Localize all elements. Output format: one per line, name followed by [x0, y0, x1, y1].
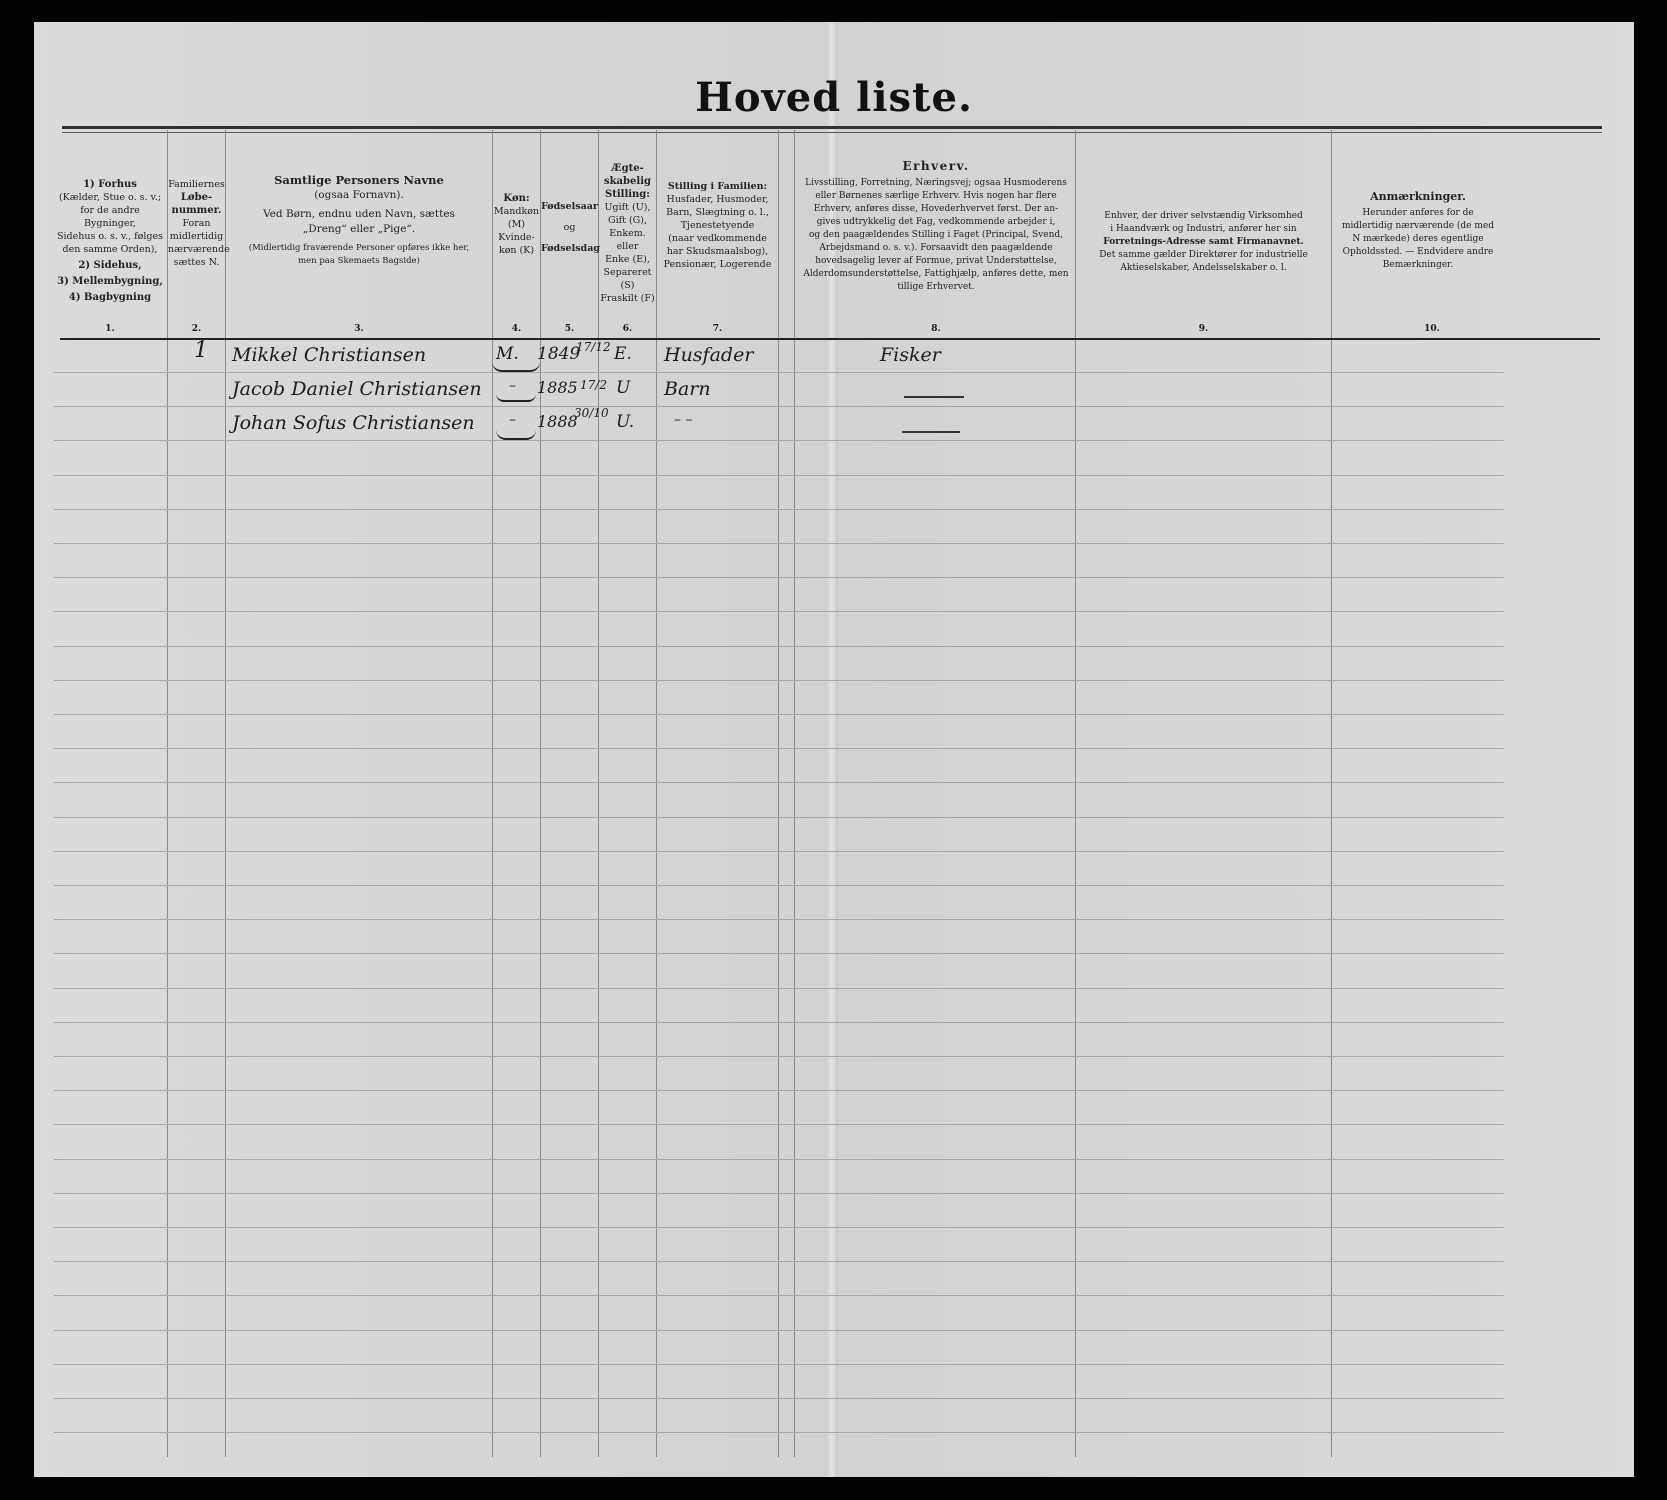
header-bottom-rule	[60, 338, 1600, 340]
sex: –	[509, 378, 516, 394]
row-rule	[54, 372, 1504, 373]
page-title: Hoved liste.	[34, 74, 1634, 121]
bracket-mark	[496, 394, 536, 402]
row-rule	[54, 1261, 1504, 1262]
column-divider	[794, 130, 795, 1457]
column-number: 1.	[54, 324, 166, 334]
row-rule	[54, 1364, 1504, 1365]
column-header-1: 1) Forhus (Kælder, Stue o. s. v.; for de…	[54, 178, 166, 304]
column-header-2: Familiernes Løbe- nummer. Foran midlerti…	[168, 178, 225, 269]
row-rule	[54, 1056, 1504, 1057]
row-rule	[54, 1295, 1504, 1296]
row-rule	[54, 1193, 1504, 1194]
row-rule	[54, 1330, 1504, 1331]
bracket-mark	[496, 430, 536, 440]
row-rule	[54, 988, 1504, 989]
birth-year: 1885	[537, 378, 578, 397]
header-rule-thin	[62, 132, 1602, 133]
column-header-10: Anmærkninger. Herunder anføres for de mi…	[1332, 190, 1504, 272]
row-rule	[54, 1432, 1504, 1433]
row-rule	[54, 1227, 1504, 1228]
row-rule	[54, 1124, 1504, 1125]
family-position: Husfader	[664, 344, 753, 366]
marital-status: U	[616, 378, 630, 398]
row-rule	[54, 919, 1504, 920]
column-number: 7.	[657, 324, 778, 334]
person-name: Jacob Daniel Christiansen	[232, 378, 482, 400]
row-rule	[54, 953, 1504, 954]
column-number: 2.	[168, 324, 225, 334]
row-rule	[54, 680, 1504, 681]
column-number: 5.	[541, 324, 598, 334]
row-rule	[54, 748, 1504, 749]
census-form-page: Hoved liste. 1) Forhus (Kælder, Stue o. …	[34, 22, 1634, 1477]
row-rule	[54, 885, 1504, 886]
family-position: – –	[674, 412, 692, 428]
row-rule	[54, 440, 1504, 441]
birth-day: 30/10	[574, 406, 609, 420]
column-number: 8.	[796, 324, 1076, 334]
row-rule	[54, 646, 1504, 647]
sex: M.	[496, 344, 519, 364]
column-divider	[778, 130, 779, 1457]
row-rule	[54, 577, 1504, 578]
row-rule	[54, 1398, 1504, 1399]
row-rule	[54, 1090, 1504, 1091]
column-header-9: Enhver, der driver selvstændig Virksomhe…	[1076, 210, 1331, 275]
row-rule	[54, 406, 1504, 407]
header-rule	[62, 126, 1602, 129]
row-rule	[54, 1159, 1504, 1160]
family-position: Barn	[664, 378, 711, 400]
row-rule	[54, 851, 1504, 852]
birth-day: 17/12	[576, 340, 611, 354]
person-name: Mikkel Christiansen	[232, 344, 426, 366]
row-rule	[54, 475, 1504, 476]
column-header-5: Fødselsaar og Fødselsdag	[541, 200, 598, 255]
column-header-7: Stilling i Familien: Husfader, Husmoder,…	[657, 180, 778, 271]
person-name: Johan Sofus Christiansen	[232, 412, 475, 434]
column-number: 6.	[599, 324, 656, 334]
column-number: 4.	[493, 324, 540, 334]
column-header-8: Erhverv. Livsstilling, Forretning, Nærin…	[796, 160, 1076, 294]
row-rule	[54, 611, 1504, 612]
column-number: 9.	[1076, 324, 1331, 334]
birth-year: 1888	[537, 412, 578, 431]
row-rule	[54, 714, 1504, 715]
birth-year: 1849	[537, 344, 580, 364]
sex: –	[509, 412, 516, 428]
column-header-4: Køn: Mandkøn (M) Kvinde- køn (K)	[493, 192, 540, 257]
occupation: Fisker	[880, 344, 941, 366]
marital-status: U.	[616, 412, 634, 432]
bracket-mark	[492, 362, 540, 372]
birth-day: 17/2	[580, 378, 607, 392]
row-rule	[54, 543, 1504, 544]
ditto-mark	[904, 396, 964, 398]
row-rule	[54, 509, 1504, 510]
column-header-6: Ægte- skabelig Stilling: Ugift (U), Gift…	[599, 162, 656, 305]
marital-status: E.	[614, 344, 632, 364]
row-rule	[54, 782, 1504, 783]
row-rule	[54, 817, 1504, 818]
row-rule	[54, 1022, 1504, 1023]
column-number: 10.	[1332, 324, 1532, 334]
column-header-3: Samtlige Personers Navne (ogsaa Fornavn)…	[226, 174, 492, 268]
family-number: 1	[194, 338, 208, 363]
ditto-mark	[902, 431, 960, 433]
column-number: 3.	[226, 324, 492, 334]
